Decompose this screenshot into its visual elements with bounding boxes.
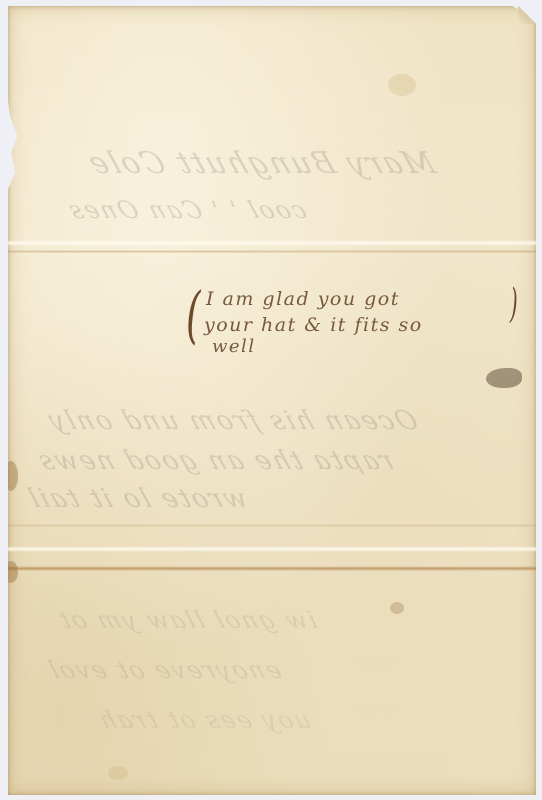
bleed-through-line: iw gnol llaw ym ot [53, 606, 321, 634]
water-stain [388, 74, 416, 96]
bleed-through-line: rapta the an good news [33, 446, 399, 476]
fold-line-lower-highlight [8, 546, 536, 552]
note-bracket-left: ( [186, 284, 201, 346]
dog-eared-corner [518, 6, 536, 24]
handwritten-note: ( I am glad you got your hat & it fits s… [186, 282, 526, 374]
edge-stain [4, 461, 18, 491]
manuscript-page: Mary Bunghutt Cole cool ' ' Can Ones Oce… [8, 6, 536, 795]
scan-background: Mary Bunghutt Cole cool ' ' Can Ones Oce… [0, 0, 542, 800]
fold-line-upper-highlight [8, 240, 536, 246]
spot-stain [390, 602, 404, 614]
water-stain [108, 766, 128, 780]
bleed-through-line: Mary Bunghutt Cole [82, 146, 441, 181]
fold-line-lower-1 [8, 524, 536, 527]
note-bracket-right: ) [510, 284, 518, 324]
note-line-2: your hat & it fits so [204, 314, 423, 336]
bleed-through-line: cool ' ' Can Ones [63, 196, 311, 224]
bleed-through-line: Ocean his from und only [43, 406, 423, 436]
bleed-through-line: enoyreve ot evol [43, 656, 286, 684]
edge-stain [4, 561, 18, 583]
bleed-through-line: uoy ees ot trah [93, 706, 315, 734]
note-line-1: I am glad you got [206, 288, 400, 310]
fold-line-upper [8, 250, 536, 253]
bleed-through-line: wrote lo it tail [23, 484, 252, 514]
fold-line-lower-2 [8, 566, 536, 571]
note-line-3: well [212, 336, 256, 357]
